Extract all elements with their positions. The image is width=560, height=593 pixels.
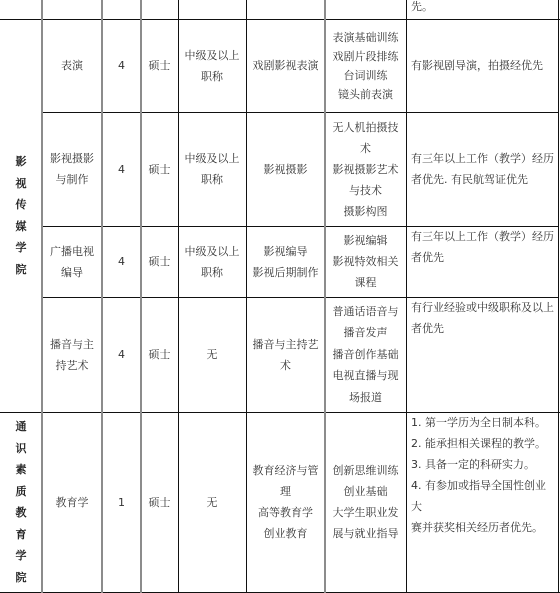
degree-cell: 硕士 (141, 297, 178, 412)
column-divider (140, 0, 142, 593)
direction-cell: 教育经济与管 理 高等教育学 创业教育 (246, 412, 325, 592)
count-cell: 4 (102, 19, 141, 112)
requirements-fragment: 先。 (406, 0, 558, 19)
column-divider (178, 0, 179, 593)
count-cell: 4 (102, 297, 141, 412)
courses-cell: 普通话语音与 播音发声 播音创作基础 电视直播与现 场报道 (325, 297, 406, 412)
courses-cell: 表演基础训练 戏剧片段排练 台词训练 镜头前表演 (325, 19, 406, 112)
requirements-cell: 有三年以上工作（教学）经历 者优先 (406, 226, 558, 297)
row-divider (42, 297, 558, 298)
college-label: 通 识 素 质 教 育 学 院 (0, 412, 42, 592)
row-divider (42, 112, 558, 113)
degree-cell: 硕士 (141, 412, 178, 592)
column-divider (41, 0, 43, 593)
courses-cell: 创新思维训练 创业基础 大学生职业发 展与就业指导 (325, 412, 406, 592)
column-divider (558, 0, 559, 593)
count-cell: 4 (102, 226, 141, 297)
column-divider (406, 0, 407, 593)
row-divider (0, 412, 560, 413)
table-row: 表演 (42, 19, 102, 112)
direction-cell: 戏剧影视表演 (246, 19, 325, 112)
major-cell: 广播电视 编导 (42, 226, 102, 297)
count-cell: 1 (102, 412, 141, 592)
column-divider (246, 0, 247, 593)
requirements-cell: 1. 第一学历为全日制本科。 2. 能承担相关课程的教学。 3. 具备一定的科研… (406, 412, 558, 592)
college-label: 影 视 传 媒 学 院 (0, 19, 42, 412)
direction-cell: 影视摄影 (246, 112, 325, 226)
count-cell: 4 (102, 112, 141, 226)
title-cell: 中级及以上 职称 (178, 112, 246, 226)
direction-cell: 播音与主持艺 术 (246, 297, 325, 412)
title-cell: 无 (178, 297, 246, 412)
title-cell: 中级及以上 职称 (178, 226, 246, 297)
major-cell: 教育学 (42, 412, 102, 592)
major-cell: 影视摄影 与制作 (42, 112, 102, 226)
title-cell: 无 (178, 412, 246, 592)
requirements-cell: 有影视剧导演，拍摄经优先 (406, 19, 558, 112)
column-divider (324, 0, 326, 593)
degree-cell: 硕士 (141, 19, 178, 112)
major-cell: 播音与主 持艺术 (42, 297, 102, 412)
recruitment-table: 先。 影 视 传 媒 学 院 表演 4 硕士 中级及以上 职称 戏剧影视表演 表… (0, 0, 560, 593)
requirements-cell: 有三年以上工作（教学）经历 者优先. 有民航驾证优先 (406, 112, 558, 226)
courses-cell: 影视编辑 影视特效相关 课程 (325, 226, 406, 297)
title-cell: 中级及以上 职称 (178, 19, 246, 112)
row-divider (42, 226, 558, 227)
direction-cell: 影视编导 影视后期制作 (246, 226, 325, 297)
degree-cell: 硕士 (141, 226, 178, 297)
requirements-cell: 有行业经验或中级职称及以上 者优先 (406, 297, 558, 412)
major-cell: 表演 (61, 55, 83, 76)
column-divider (101, 0, 103, 593)
degree-cell: 硕士 (141, 112, 178, 226)
courses-cell: 无人机拍摄技 术 影视摄影艺术 与技术 摄影构图 (325, 112, 406, 226)
row-divider (0, 19, 560, 20)
